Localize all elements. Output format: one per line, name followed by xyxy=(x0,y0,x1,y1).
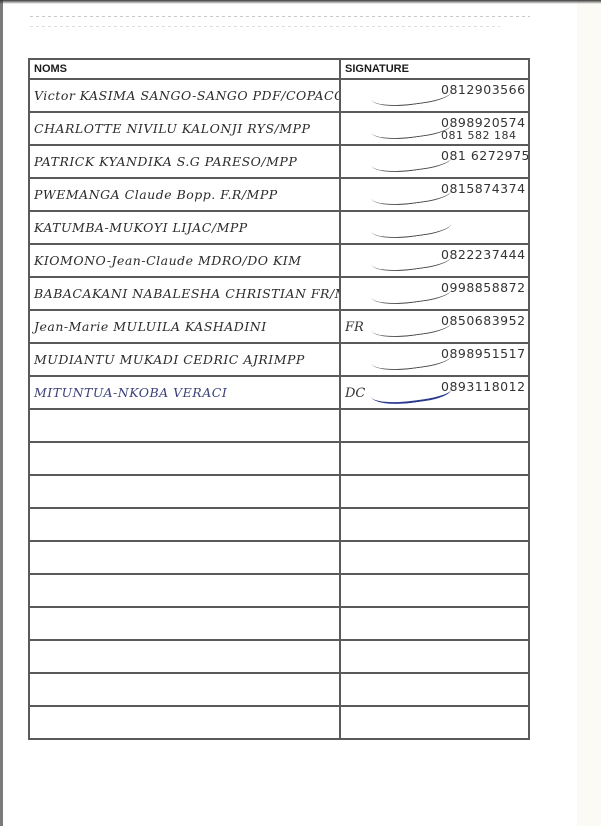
participant-name: Jean-Marie MULUILA KASHADINI xyxy=(34,319,267,334)
signature-cell: 0812903566 xyxy=(340,79,529,112)
phone-number: 0815874374 xyxy=(441,181,526,196)
phone-number: 0850683952 xyxy=(441,313,526,328)
phone-number: 081 6272975 xyxy=(441,148,529,163)
handwritten-signature xyxy=(370,79,452,110)
name-cell: Victor KASIMA SANGO-SANGO PDF/COPACO/RPP xyxy=(29,79,340,112)
name-cell: KIOMONO-Jean-Claude MDRO/DO KIM xyxy=(29,244,340,277)
name-cell: CHARLOTTE NIVILU KALONJI RYS/MPP xyxy=(29,112,340,145)
participant-name: Victor KASIMA SANGO-SANGO PDF/COPACO/RPP xyxy=(34,88,340,103)
signature-cell xyxy=(340,442,529,475)
name-cell xyxy=(29,574,340,607)
table-row: MUDIANTU MUKADI CEDRIC AJRIMPP0898951517 xyxy=(29,343,529,376)
name-cell: PATRICK KYANDIKA S.G PARESO/MPP xyxy=(29,145,340,178)
participant-name: MITUNTUA-NKOBA VERACI xyxy=(34,385,227,400)
participant-name: PATRICK KYANDIKA S.G PARESO/MPP xyxy=(34,154,297,169)
signature-cell: 0998858872 xyxy=(340,277,529,310)
table-row: KIOMONO-Jean-Claude MDRO/DO KIM082223744… xyxy=(29,244,529,277)
faint-header-line xyxy=(30,26,500,27)
signature-note: DC xyxy=(345,386,365,401)
signature-cell xyxy=(340,607,529,640)
signature-cell: 0822237444 xyxy=(340,244,529,277)
table-row xyxy=(29,706,529,739)
name-cell xyxy=(29,607,340,640)
table-row: MITUNTUA-NKOBA VERACIDC0893118012 xyxy=(29,376,529,409)
table-body: Victor KASIMA SANGO-SANGO PDF/COPACO/RPP… xyxy=(29,79,529,739)
signature-cell xyxy=(340,541,529,574)
table-row: CHARLOTTE NIVILU KALONJI RYS/MPP08989205… xyxy=(29,112,529,145)
handwritten-signature xyxy=(370,178,452,209)
name-cell xyxy=(29,475,340,508)
phone-number: 0898920574 xyxy=(441,115,526,130)
phone-number: 0898951517 xyxy=(441,346,526,361)
name-cell xyxy=(29,409,340,442)
table-row xyxy=(29,574,529,607)
handwritten-signature xyxy=(370,145,452,176)
header-noms: NOMS xyxy=(29,59,340,79)
signature-cell: FR0850683952 xyxy=(340,310,529,343)
header-signature: SIGNATURE xyxy=(340,59,529,79)
phone-number: 0893118012 xyxy=(441,379,526,394)
participant-name: KATUMBA-MUKOYI LIJAC/MPP xyxy=(34,220,248,235)
table-row xyxy=(29,475,529,508)
participant-name: BABACAKANI NABALESHA CHRISTIAN FR/MPP xyxy=(34,286,340,301)
participant-name: MUDIANTU MUKADI CEDRIC AJRIMPP xyxy=(34,352,305,367)
table-row xyxy=(29,607,529,640)
table-row xyxy=(29,673,529,706)
signature-cell: 081 6272975 xyxy=(340,145,529,178)
phone-number: 081 582 184 xyxy=(441,129,516,142)
table-row: PATRICK KYANDIKA S.G PARESO/MPP081 62729… xyxy=(29,145,529,178)
table-row xyxy=(29,508,529,541)
table-header-row: NOMS SIGNATURE xyxy=(29,59,529,79)
name-cell xyxy=(29,541,340,574)
handwritten-signature xyxy=(370,244,452,275)
participant-name: KIOMONO-Jean-Claude MDRO/DO KIM xyxy=(34,253,302,268)
participant-name: CHARLOTTE NIVILU KALONJI RYS/MPP xyxy=(34,121,310,136)
handwritten-signature xyxy=(370,343,452,374)
name-cell: KATUMBA-MUKOYI LIJAC/MPP xyxy=(29,211,340,244)
signature-cell xyxy=(340,640,529,673)
table-row xyxy=(29,442,529,475)
table-row: Jean-Marie MULUILA KASHADINIFR0850683952 xyxy=(29,310,529,343)
name-cell xyxy=(29,508,340,541)
table-row xyxy=(29,541,529,574)
signature-cell: 0898951517 xyxy=(340,343,529,376)
signature-cell: DC0893118012 xyxy=(340,376,529,409)
scan-top-shadow xyxy=(0,0,601,4)
name-cell: MITUNTUA-NKOBA VERACI xyxy=(29,376,340,409)
handwritten-signature xyxy=(370,376,452,408)
handwritten-signature xyxy=(370,112,452,143)
name-cell xyxy=(29,442,340,475)
handwritten-signature xyxy=(370,310,452,341)
name-cell: Jean-Marie MULUILA KASHADINI xyxy=(29,310,340,343)
phone-number: 0998858872 xyxy=(441,280,526,295)
handwritten-signature xyxy=(370,277,452,308)
participant-name: PWEMANGA Claude Bopp. F.R/MPP xyxy=(34,187,278,202)
name-cell xyxy=(29,706,340,739)
signature-cell xyxy=(340,574,529,607)
phone-number: 0812903566 xyxy=(441,82,526,97)
phone-number: 0822237444 xyxy=(441,247,526,262)
scan-edge xyxy=(0,0,3,826)
table-row xyxy=(29,640,529,673)
table-row xyxy=(29,409,529,442)
table-row: KATUMBA-MUKOYI LIJAC/MPP xyxy=(29,211,529,244)
table-row: PWEMANGA Claude Bopp. F.R/MPP0815874374 xyxy=(29,178,529,211)
attendance-table: NOMS SIGNATURE Victor KASIMA SANGO-SANGO… xyxy=(28,58,530,740)
name-cell: PWEMANGA Claude Bopp. F.R/MPP xyxy=(29,178,340,211)
signature-cell xyxy=(340,673,529,706)
signature-cell xyxy=(340,475,529,508)
signature-cell xyxy=(340,409,529,442)
handwritten-signature xyxy=(370,211,452,242)
faint-header-line xyxy=(30,16,530,17)
table-row: Victor KASIMA SANGO-SANGO PDF/COPACO/RPP… xyxy=(29,79,529,112)
signature-cell: 0815874374 xyxy=(340,178,529,211)
signature-cell xyxy=(340,706,529,739)
name-cell: MUDIANTU MUKADI CEDRIC AJRIMPP xyxy=(29,343,340,376)
signature-note: FR xyxy=(345,320,364,335)
signature-cell xyxy=(340,508,529,541)
table-row: BABACAKANI NABALESHA CHRISTIAN FR/MPP099… xyxy=(29,277,529,310)
signature-cell xyxy=(340,211,529,244)
signature-cell: 0898920574081 582 184 xyxy=(340,112,529,145)
name-cell xyxy=(29,640,340,673)
name-cell xyxy=(29,673,340,706)
name-cell: BABACAKANI NABALESHA CHRISTIAN FR/MPP xyxy=(29,277,340,310)
